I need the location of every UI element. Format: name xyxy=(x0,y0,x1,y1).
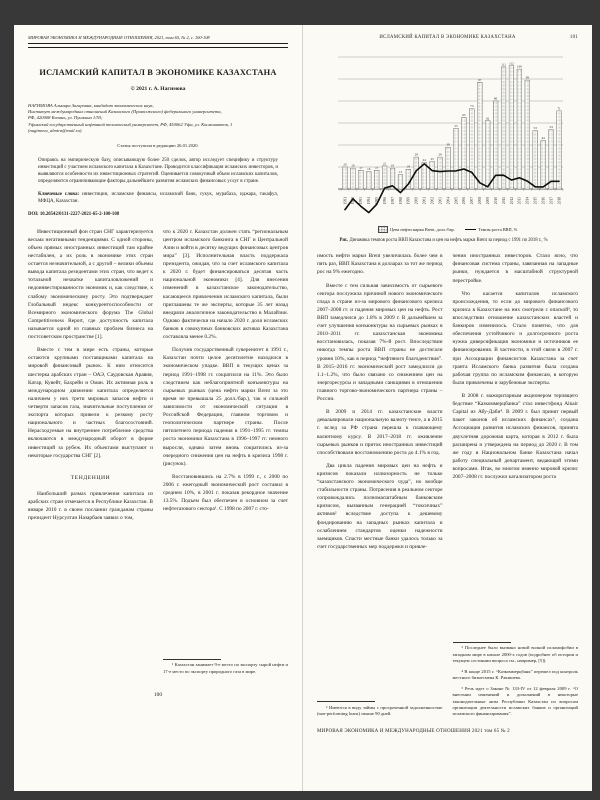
svg-text:25: 25 xyxy=(430,157,434,161)
svg-text:53: 53 xyxy=(533,126,537,130)
column-1: имость нефти марки Brent увеличилась бол… xyxy=(317,252,443,722)
svg-text:2002: 2002 xyxy=(430,197,434,204)
svg-text:1991: 1991 xyxy=(343,197,347,204)
svg-text:2007: 2007 xyxy=(470,197,474,204)
doi: DOI: 10.20542/0131-2227-2021-65-2-100-10… xyxy=(28,212,288,217)
svg-text:1994: 1994 xyxy=(367,197,371,204)
svg-text:54: 54 xyxy=(549,125,553,129)
svg-text:19: 19 xyxy=(390,164,394,168)
svg-text:1997: 1997 xyxy=(390,197,394,204)
paragraph: Два цикла падения мировых цен на нефть и… xyxy=(317,462,443,551)
svg-text:2009: 2009 xyxy=(485,197,489,204)
svg-text:55: 55 xyxy=(454,124,458,128)
paragraph: Восстановившись на 2.7% в 1999 г., с 200… xyxy=(163,473,288,514)
affiliation-line: (nagimova_almira@mail.ru). xyxy=(28,128,288,134)
figure-chart: 2019171617211913182924252938556573976280… xyxy=(317,47,578,225)
svg-text:21: 21 xyxy=(383,161,387,165)
svg-text:2018: 2018 xyxy=(557,197,561,204)
svg-text:109: 109 xyxy=(516,65,521,69)
paragraph: чения иностранных инвесторов. Стало ясно… xyxy=(453,252,579,284)
svg-text:29: 29 xyxy=(414,153,418,157)
footnote-block: ¹ Казахстан занимает 9-е место по экспор… xyxy=(163,659,288,680)
abstract: Опираясь на эмпирическую базу, описывающ… xyxy=(38,157,278,185)
svg-text:1993: 1993 xyxy=(359,197,363,204)
column-2: что к 2020 г. Казахстан должен стать “ре… xyxy=(163,228,288,680)
svg-text:2017: 2017 xyxy=(549,197,553,204)
column-2: чения иностранных инвесторов. Стало ясно… xyxy=(453,252,579,722)
keywords: Ключевые слова: инвестиции, исламские фи… xyxy=(38,191,278,205)
svg-text:19: 19 xyxy=(351,164,355,168)
svg-text:2004: 2004 xyxy=(446,197,450,204)
paragraph: Инвестиционный фон стран СНГ характеризу… xyxy=(28,228,153,342)
footnote: ⁴ В конце 2015 г. “Казкоммерцбанк” переш… xyxy=(453,669,579,681)
svg-text:1998: 1998 xyxy=(398,197,402,204)
svg-text:24: 24 xyxy=(422,158,426,162)
svg-text:2016: 2016 xyxy=(541,197,545,204)
svg-text:2003: 2003 xyxy=(438,197,442,204)
legend-bar-label: Цена нефти марки Brent, долл./бар. xyxy=(390,227,455,232)
svg-text:65: 65 xyxy=(462,113,466,117)
svg-text:38: 38 xyxy=(446,143,450,147)
article-title: ИСЛАМСКИЙ КАПИТАЛ В ЭКОНОМИКЕ КАЗАХСТАНА xyxy=(28,68,288,77)
figure: 2019171617211913182924252938556573976280… xyxy=(317,47,578,244)
svg-text:73: 73 xyxy=(470,104,474,108)
footnote: ² Имеются в виду займы с просроченной за… xyxy=(317,705,443,717)
figure-caption-text: Динамика темпов роста ВВП Казахстана и ц… xyxy=(350,238,548,243)
svg-text:16: 16 xyxy=(367,167,371,171)
svg-text:2012: 2012 xyxy=(509,197,513,204)
paragraph: Наибольший размах привлечения капитала и… xyxy=(28,490,153,522)
svg-text:2011: 2011 xyxy=(501,197,505,204)
svg-text:20: 20 xyxy=(343,163,347,167)
journal-running-head: МИРОВАЯ ЭКОНОМИКА И МЕЖДУНАРОДНЫЕ ОТНОШЕ… xyxy=(28,35,288,40)
figure-caption: Рис. Динамика темпов роста ВВП Казахстан… xyxy=(340,238,556,244)
paragraph: что к 2020 г. Казахстан должен стать “ре… xyxy=(163,228,288,342)
legend-item-bars: Цена нефти марки Brent, долл./бар. xyxy=(378,226,455,233)
svg-text:2005: 2005 xyxy=(454,197,458,204)
svg-text:1992: 1992 xyxy=(351,197,355,204)
paragraph: Получив государственный суверенитет в 19… xyxy=(163,346,288,468)
legend-item-line: Темпы роста ВВП, % xyxy=(465,227,518,232)
column-1: Инвестиционный фон стран СНГ характеризу… xyxy=(28,228,153,680)
line-swatch-icon xyxy=(465,229,476,231)
svg-text:1999: 1999 xyxy=(406,197,410,204)
svg-text:1995: 1995 xyxy=(374,197,378,204)
svg-text:111: 111 xyxy=(501,62,506,66)
paragraph: Вместе с тем сильная зависимость от сырь… xyxy=(317,282,443,404)
paragraph: Вместе с тем в мире есть страны, которые… xyxy=(28,346,153,460)
paragraph: имость нефти марки Brent увеличилась бол… xyxy=(317,252,443,276)
svg-text:17: 17 xyxy=(375,166,379,170)
svg-text:17: 17 xyxy=(359,166,363,170)
keywords-label: Ключевые слова: xyxy=(38,192,79,197)
svg-text:2006: 2006 xyxy=(462,197,466,204)
legend-line-label: Темпы роста ВВП, % xyxy=(478,227,517,232)
author-affiliation: НАГИМОВА Альмира Загировна, кандидат эко… xyxy=(28,103,288,135)
svg-text:44: 44 xyxy=(541,136,545,140)
svg-text:29: 29 xyxy=(438,153,442,157)
paragraph: Что касается капиталов исламского происх… xyxy=(453,290,579,387)
svg-text:2001: 2001 xyxy=(422,197,426,204)
svg-text:2010: 2010 xyxy=(493,197,497,204)
svg-text:2000: 2000 xyxy=(414,197,418,204)
svg-text:71: 71 xyxy=(557,106,561,110)
journal-footer: МИРОВАЯ ЭКОНОМИКА И МЕЖДУНАРОДНЫЕ ОТНОШЕ… xyxy=(317,729,578,734)
header-rule xyxy=(28,43,288,48)
svg-text:1996: 1996 xyxy=(382,197,386,204)
footnote: ³ Последнее было вызвано новой волной ис… xyxy=(453,645,579,664)
footnote-rule xyxy=(163,659,221,660)
footnote-rule xyxy=(453,642,511,643)
svg-text:62: 62 xyxy=(486,116,490,120)
received-date: Статья поступила в редакцию 26.01.2020. xyxy=(28,143,288,148)
svg-text:112: 112 xyxy=(509,61,514,65)
svg-text:99: 99 xyxy=(525,76,529,80)
svg-text:2014: 2014 xyxy=(525,197,529,204)
page-right: ИСЛАМСКИЙ КАПИТАЛ В ЭКОНОМИКЕ КАЗАХСТАНА… xyxy=(303,25,592,791)
article-running-head: ИСЛАМСКИЙ КАПИТАЛ В ЭКОНОМИКЕ КАЗАХСТАНА… xyxy=(317,35,578,40)
footnote: ⁵ Речь идет о Законе № 133-IV от 12 февр… xyxy=(453,686,579,717)
svg-text:13: 13 xyxy=(398,170,402,174)
page-number: 101 xyxy=(570,35,578,40)
chart-legend: Цена нефти марки Brent, долл./бар. Темпы… xyxy=(317,226,578,233)
svg-text:97: 97 xyxy=(478,78,482,82)
paragraph: В 2009 и 2014 гг. казахстанские власти д… xyxy=(317,408,443,457)
svg-text:18: 18 xyxy=(406,165,410,169)
footnote-block: ³ Последнее было вызвано новой волной ис… xyxy=(453,642,579,722)
bar-swatch-icon xyxy=(378,226,388,233)
footnote: ¹ Казахстан занимает 9-е место по экспор… xyxy=(163,662,288,674)
figure-caption-label: Рис. xyxy=(340,238,349,243)
body-columns: Инвестиционный фон стран СНГ характеризу… xyxy=(28,228,288,680)
footnote-block: ² Имеются в виду займы с просроченной за… xyxy=(317,701,443,722)
author-byline: © 2021 г. А. Нагимова xyxy=(28,86,288,92)
svg-text:2015: 2015 xyxy=(533,197,537,204)
svg-text:2008: 2008 xyxy=(478,197,482,204)
running-head-title: ИСЛАМСКИЙ КАПИТАЛ В ЭКОНОМИКЕ КАЗАХСТАНА xyxy=(379,35,515,40)
footnote-rule xyxy=(317,701,375,702)
body-columns: имость нефти марки Brent увеличилась бол… xyxy=(317,252,578,722)
page-left: МИРОВАЯ ЭКОНОМИКА И МЕЖДУНАРОДНЫЕ ОТНОШЕ… xyxy=(14,25,303,791)
svg-text:2013: 2013 xyxy=(517,197,521,204)
document-viewer: МИРОВАЯ ЭКОНОМИКА И МЕЖДУНАРОДНЫЕ ОТНОШЕ… xyxy=(0,0,600,800)
paragraph: В 2008 г. мажоритарным акционером терпящ… xyxy=(453,392,579,481)
page-number: 100 xyxy=(28,692,288,698)
section-heading: ТЕНДЕНЦИИ xyxy=(28,474,153,482)
svg-text:80: 80 xyxy=(494,97,498,101)
